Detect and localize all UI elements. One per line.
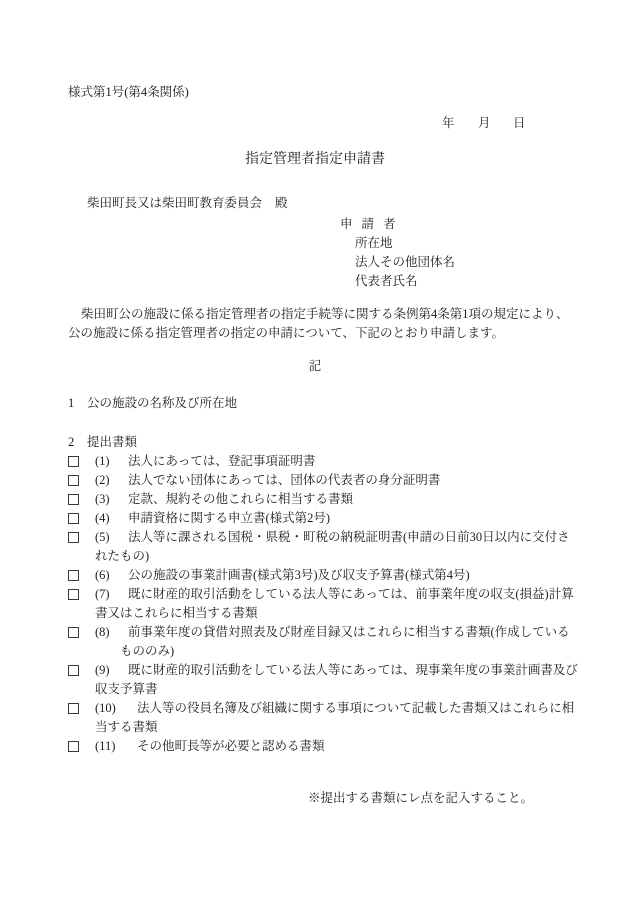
item-text: その他町長等が必要と認める書類	[137, 739, 325, 753]
document-checkbox[interactable]	[68, 452, 95, 467]
document-list: (1)法人にあっては、登記事項証明書(2)法人でない団体にあっては、団体の代表者…	[68, 452, 613, 756]
applicant-fields: 所在地法人その他団体名代表者氏名	[355, 234, 455, 291]
document-checkbox[interactable]	[68, 623, 95, 638]
honorific-label: 殿	[275, 196, 288, 210]
item-number: (10)	[95, 699, 137, 718]
date-month-label: 月	[478, 114, 491, 133]
item-number: (7)	[95, 585, 128, 604]
item-number: (3)	[95, 490, 128, 509]
checkbox-icon	[68, 532, 79, 543]
document-item: (8)前事業年度の貸借対照表及び財産目録又はこれらに相当する書類(作成している …	[68, 623, 613, 661]
addressee-name: 柴田町長又は柴田町教育委員会	[87, 196, 262, 210]
document-checkbox[interactable]	[68, 699, 95, 714]
document-item: (4)申請資格に関する申立書(様式第2号)	[68, 509, 613, 528]
applicant-block: 申請者 所在地法人その他団体名代表者氏名	[340, 215, 455, 291]
item-number: (4)	[95, 509, 128, 528]
checkbox-icon	[68, 703, 79, 714]
section-number: 2	[68, 433, 87, 452]
item-text: 既に財産的取引活動をしている法人等にあっては、前事業年度の収支(損益)計算	[128, 587, 574, 601]
item-text: 前事業年度の貸借対照表及び財産目録又はこれらに相当する書類(作成している	[128, 625, 570, 639]
item-text-continuation: れたもの)	[95, 547, 613, 566]
document-item: (1)法人にあっては、登記事項証明書	[68, 452, 613, 471]
checkbox-icon	[68, 665, 79, 676]
item-text: 公の施設の事業計画書(様式第3号)及び収支予算書(様式第4号)	[128, 568, 470, 582]
item-text: 申請資格に関する申立書(様式第2号)	[128, 511, 330, 525]
document-checkbox[interactable]	[68, 490, 95, 505]
checkbox-icon	[68, 627, 79, 638]
document-item: (5)法人等に課される国税・県税・町税の納税証明書(申請の日前30日以内に交付さ…	[68, 528, 613, 566]
item-number: (1)	[95, 452, 128, 471]
section-heading-2: 2提出書類	[68, 433, 613, 452]
checkbox-icon	[68, 456, 79, 467]
documents-section: 2提出書類 (1)法人にあっては、登記事項証明書(2)法人でない団体にあっては、…	[68, 433, 613, 756]
item-text: 法人等に課される国税・県税・町税の納税証明書(申請の日前30日以内に交付さ	[128, 530, 570, 544]
section-heading-1: 1公の施設の名称及び所在地	[68, 394, 237, 413]
item-number: (11)	[95, 737, 137, 756]
form-number: 様式第1号(第4条関係)	[68, 83, 189, 102]
document-checkbox[interactable]	[68, 471, 95, 486]
document-item: (11)その他町長等が必要と認める書類	[68, 737, 613, 756]
document-checkbox[interactable]	[68, 585, 95, 600]
checkbox-icon	[68, 513, 79, 524]
document-checkbox[interactable]	[68, 737, 95, 752]
item-text: 定款、規約その他これらに相当する書類	[128, 492, 353, 506]
item-text: 法人でない団体にあっては、団体の代表者の身分証明書	[128, 473, 440, 487]
applicant-field: 代表者氏名	[355, 272, 455, 291]
document-item: (9)既に財産的取引活動をしている法人等にあっては、現事業年度の事業計画書及び収…	[68, 661, 613, 699]
section-title: 公の施設の名称及び所在地	[87, 396, 237, 410]
document-item: (3)定款、規約その他これらに相当する書類	[68, 490, 613, 509]
checkbox-icon	[68, 494, 79, 505]
section-title: 提出書類	[87, 435, 137, 449]
item-number: (2)	[95, 471, 128, 490]
footer-note: ※提出する書類にレ点を記入すること。	[308, 789, 533, 808]
applicant-field: 法人その他団体名	[355, 253, 455, 272]
item-text-continuation: 収支予算書	[95, 680, 613, 699]
document-item: (6)公の施設の事業計画書(様式第3号)及び収支予算書(様式第4号)	[68, 566, 613, 585]
date-year-label: 年	[442, 114, 455, 133]
section-number: 1	[68, 394, 87, 413]
checkbox-icon	[68, 741, 79, 752]
checkbox-icon	[68, 589, 79, 600]
document-checkbox[interactable]	[68, 661, 95, 676]
checkbox-icon	[68, 475, 79, 486]
body-paragraph: 柴田町公の施設に係る指定管理者の指定手続等に関する条例第4条第1項の規定により、…	[68, 305, 569, 343]
document-checkbox[interactable]	[68, 509, 95, 524]
applicant-label: 申請者	[340, 215, 455, 234]
item-text-continuation: 書又はこれらに相当する書類	[95, 604, 613, 623]
item-number: (6)	[95, 566, 128, 585]
item-text: 法人等の役員名簿及び組織に関する事項について記載した書類又はこれらに相	[137, 701, 574, 715]
checkbox-icon	[68, 570, 79, 581]
item-number: (9)	[95, 661, 128, 680]
item-text-continuation: もののみ)	[95, 642, 613, 661]
item-number: (5)	[95, 528, 128, 547]
document-item: (10)法人等の役員名簿及び組織に関する事項について記載した書類又はこれらに相当…	[68, 699, 613, 737]
item-text: 法人にあっては、登記事項証明書	[128, 454, 315, 468]
document-checkbox[interactable]	[68, 528, 95, 543]
item-text: 既に財産的取引活動をしている法人等にあっては、現事業年度の事業計画書及び	[128, 663, 578, 677]
page-title: 指定管理者指定申請書	[0, 152, 630, 168]
document-item: (7)既に財産的取引活動をしている法人等にあっては、前事業年度の収支(損益)計算…	[68, 585, 613, 623]
record-mark: 記	[0, 357, 630, 376]
document-item: (2)法人でない団体にあっては、団体の代表者の身分証明書	[68, 471, 613, 490]
addressee: 柴田町長又は柴田町教育委員会殿	[87, 194, 288, 213]
application-form-page: 様式第1号(第4条関係) 年 月 日 指定管理者指定申請書 柴田町長又は柴田町教…	[0, 0, 630, 903]
item-number: (8)	[95, 623, 128, 642]
item-text-continuation: 当する書類	[95, 718, 613, 737]
applicant-field: 所在地	[355, 234, 455, 253]
date-day-label: 日	[513, 114, 526, 133]
document-checkbox[interactable]	[68, 566, 95, 581]
